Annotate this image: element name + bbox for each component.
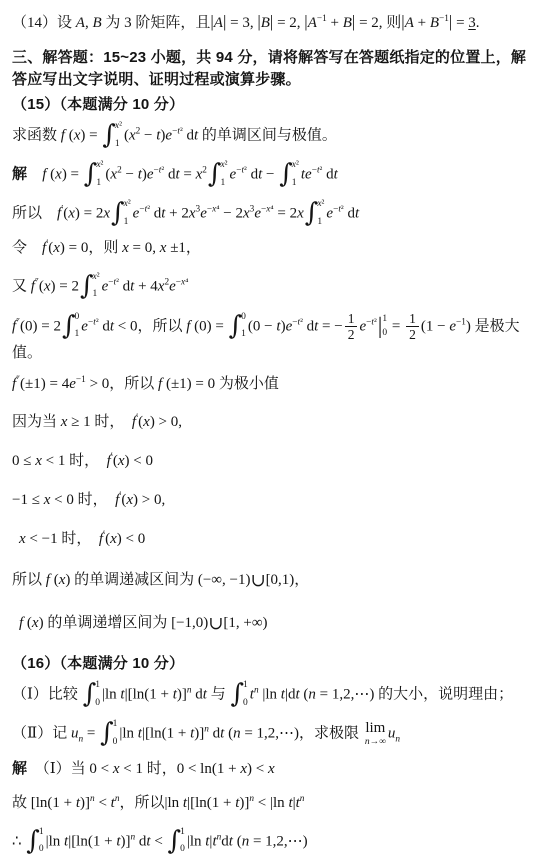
problem-16-part-2: （Ⅱ）记 un = ∫10|ln t|[ln(1 + t)]n dt (n = … xyxy=(12,719,538,749)
sol15-sign-case-3: −1 ≤ x < 0 时， f′(x) > 0, xyxy=(12,490,538,512)
sol16-step-inequality-t: 故 [ln(1 + t)]n < tn，所以|ln t|[ln(1 + t)]n… xyxy=(12,793,538,815)
sol15-step-maximum: f″(0) = 2∫01e−t² dt < 0，所以 f (0) = ∫01(0… xyxy=(12,311,538,365)
sol15-sign-case-2: 0 ≤ x < 1 时， f′(x) < 0 xyxy=(12,451,538,473)
math-solution-document-page: （14）设 A, B 为 3 阶矩阵，且|A| = 3, |B| = 2, |A… xyxy=(0,0,550,868)
section-3-heading: 三、解答题：15~23 小题，共 94 分，请将解答写在答题纸指定的位置上，解答… xyxy=(12,47,538,91)
sol15-step-second-derivative: 又 f″(x) = 2∫x²1e−t² dt + 4x2e−x⁴ xyxy=(12,272,538,302)
sol15-sign-case-1: 因为当 x ≥ 1 时， f′(x) > 0, xyxy=(12,412,538,434)
sol15-step-derivative: 所以 f′(x) = 2x∫x²1e−t² dt + 2x3e−x⁴ − 2x3… xyxy=(12,199,538,229)
sol15-increasing-intervals: f (x) 的单调递增区间为 [−1,0)∪[1, +∞) xyxy=(12,610,538,636)
problem-16-title: （16）（本题满分 10 分） xyxy=(12,653,538,675)
sol15-step-minimum: f″(±1) = 4e−1 > 0，所以 f (±1) = 0 为极小值 xyxy=(12,374,538,396)
problem-14: （14）设 A, B 为 3 阶矩阵，且|A| = 3, |B| = 2, |A… xyxy=(12,10,538,35)
sol16-step-integral-inequality: ∴ ∫10|ln t|[ln(1 + t)]n dt < ∫10|ln t|tn… xyxy=(12,827,538,857)
sol15-decreasing-intervals: 所以 f (x) 的单调递减区间为 (−∞, −1)∪[0,1)， xyxy=(12,567,538,593)
sol16-step-inequality-x: 解 （Ⅰ）当 0 < x < 1 时，0 < ln(1 + x) < x xyxy=(12,758,538,781)
sol15-sign-case-4: x < −1 时， f′(x) < 0 xyxy=(12,529,538,551)
problem-15-title: （15）（本题满分 10 分） xyxy=(12,94,538,116)
problem-16-part-1: （Ⅰ）比较 ∫10|ln t|[ln(1 + t)]n dt 与 ∫10tn |… xyxy=(12,680,538,710)
sol15-step-expand: 解 f (x) = ∫x²1(x2 − t)e−t² dt = x2∫x²1e−… xyxy=(12,160,538,190)
problem-15-statement: 求函数 f (x) = ∫x²1(x2 − t)e−t² dt 的单调区间与极值… xyxy=(12,121,538,151)
sol15-step-critical-points: 令 f′(x) = 0，则 x = 0, x ±1， xyxy=(12,238,538,260)
